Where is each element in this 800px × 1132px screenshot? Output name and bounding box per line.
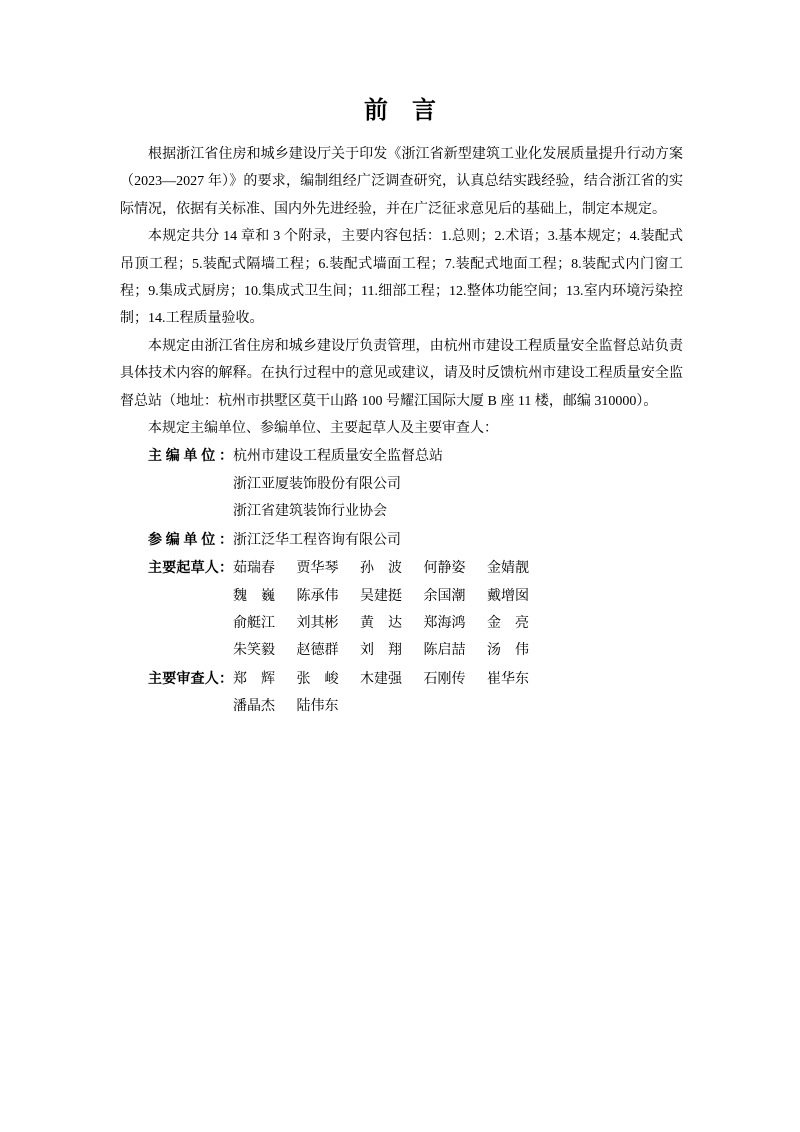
participating-unit-label: 参编单位： [148,526,233,553]
drafter-name: 吴建挺 [360,583,402,610]
drafter-name: 郑海鸿 [424,610,466,637]
drafters-names: 俞艇江 刘其彬 黄 达 郑海鸿 金 亮 [233,610,529,637]
drafter-name: 戴增囡 [487,583,529,610]
chief-editor-unit: 浙江省建筑装饰行业协会 [233,498,387,525]
drafters-row: 俞艇江 刘其彬 黄 达 郑海鸿 金 亮 [120,610,683,637]
reviewer-name: 郑 辉 [233,666,275,693]
drafter-name: 魏 巍 [233,583,275,610]
reviewers-names: 潘晶杰 陆伟东 [233,693,339,720]
reviewers-row: 潘晶杰 陆伟东 [120,693,683,720]
drafter-name: 金 亮 [487,610,529,637]
drafter-name: 汤 伟 [487,637,529,664]
reviewers-row: 主要审查人： 郑 辉 张 峻 木建强 石刚传 崔华东 [120,665,683,693]
reviewers-label: 主要审查人： [148,665,233,692]
page-title: 前 言 [0,97,800,125]
reviewer-name: 张 峻 [297,666,339,693]
drafters-row: 主要起草人： 茹瑞春 贾华琴 孙 波 何静姿 金婧靓 [120,554,683,582]
paragraph-roster-intro: 本规定主编单位、参编单位、主要起草人及主要审查人： [120,415,683,442]
reviewer-name: 崔华东 [487,666,529,693]
drafter-name: 刘其彬 [297,610,339,637]
chief-editor-unit: 浙江亚厦装饰股份有限公司 [233,471,401,498]
drafters-row: 魏 巍 陈承伟 吴建挺 余国潮 戴增囡 [120,583,683,610]
drafter-name: 陈承伟 [297,583,339,610]
chief-editor-row: 浙江省建筑装饰行业协会 [120,498,683,525]
drafter-name: 余国潮 [424,583,466,610]
drafter-name: 何静姿 [424,555,466,582]
paragraph-management: 本规定由浙江省住房和城乡建设厅负责管理，由杭州市建设工程质量安全监督总站负责具体… [120,333,683,415]
chief-editor-unit: 杭州市建设工程质量安全监督总站 [233,443,443,470]
participating-unit-row: 参编单位： 浙江泛华工程咨询有限公司 [120,526,683,554]
drafters-names: 朱笑毅 赵德群 刘 翔 陈启喆 汤 伟 [233,637,529,664]
chief-editor-label: 主编单位： [148,442,233,469]
preface-content: 根据浙江省住房和城乡建设厅关于印发《浙江省新型建筑工业化发展质量提升行动方案（2… [120,141,683,721]
roster: 主编单位： 杭州市建设工程质量安全监督总站 浙江亚厦装饰股份有限公司 浙江省建筑… [120,442,683,720]
drafter-name: 茹瑞春 [233,555,275,582]
chief-editor-row: 浙江亚厦装饰股份有限公司 [120,471,683,498]
drafters-row: 朱笑毅 赵德群 刘 翔 陈启喆 汤 伟 [120,637,683,664]
drafter-name: 黄 达 [360,610,402,637]
drafter-name: 俞艇江 [233,610,275,637]
drafter-name: 刘 翔 [360,637,402,664]
reviewer-name: 木建强 [360,666,402,693]
drafter-name: 赵德群 [297,637,339,664]
drafter-name: 金婧靓 [487,555,529,582]
reviewers-names: 郑 辉 张 峻 木建强 石刚传 崔华东 [233,666,529,693]
paragraph-contents: 本规定共分 14 章和 3 个附录，主要内容包括：1.总则；2.术语；3.基本规… [120,223,683,333]
drafter-name: 陈启喆 [424,637,466,664]
reviewer-name: 石刚传 [424,666,466,693]
drafter-name: 贾华琴 [297,555,339,582]
drafter-name: 孙 波 [360,555,402,582]
drafter-name: 朱笑毅 [233,637,275,664]
paragraph-basis: 根据浙江省住房和城乡建设厅关于印发《浙江省新型建筑工业化发展质量提升行动方案（2… [120,141,683,223]
participating-unit: 浙江泛华工程咨询有限公司 [233,527,401,554]
reviewer-name: 潘晶杰 [233,693,275,720]
chief-editor-row: 主编单位： 杭州市建设工程质量安全监督总站 [120,442,683,470]
document-page: 前 言 根据浙江省住房和城乡建设厅关于印发《浙江省新型建筑工业化发展质量提升行动… [0,0,800,1132]
drafters-label: 主要起草人： [148,554,233,581]
drafters-names: 魏 巍 陈承伟 吴建挺 余国潮 戴增囡 [233,583,529,610]
reviewer-name: 陆伟东 [297,693,339,720]
drafters-names: 茹瑞春 贾华琴 孙 波 何静姿 金婧靓 [233,555,529,582]
